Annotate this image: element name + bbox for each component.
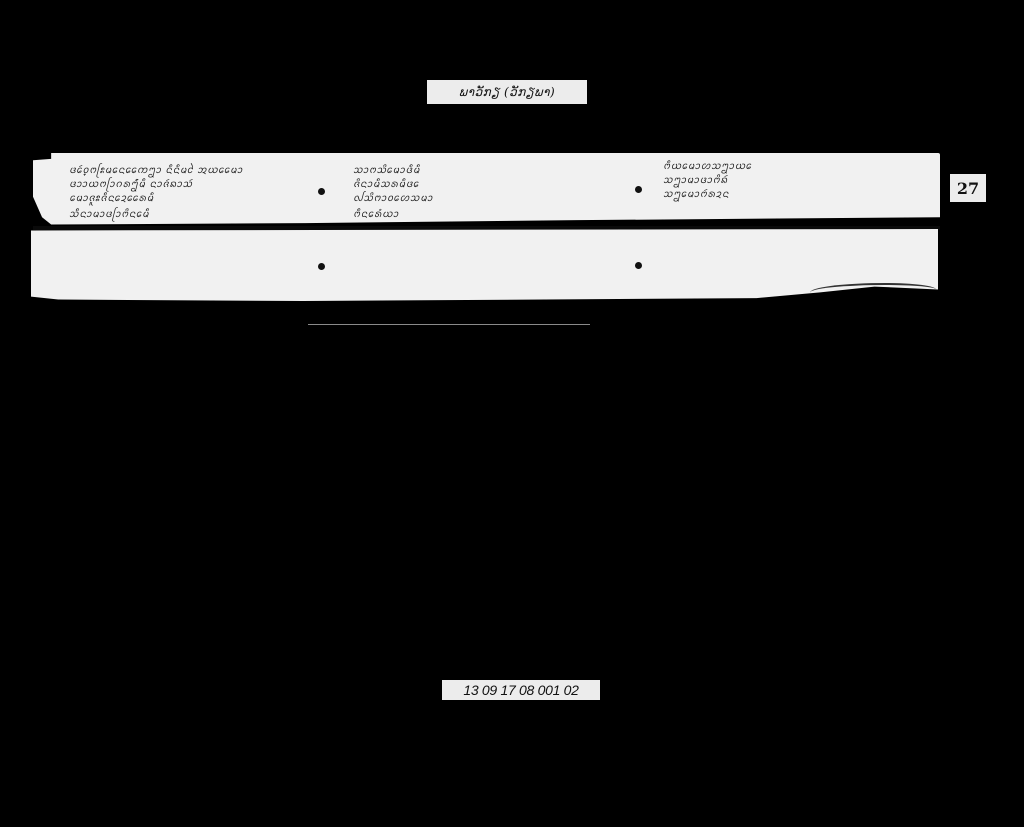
binding-hole-icon: [318, 188, 325, 195]
script-line-1-4: ᩈᩥᨶᩣᨾᩣᨴᩕᩣᨻᩦᨶᩮᨾᩥ: [69, 207, 149, 223]
script-line-3-3: ᩈᩂᩮᨾᩣᨻᩢᩁᨯᨶ: [663, 187, 729, 203]
manuscript-leaf-2: [31, 229, 938, 301]
binding-hole-icon: [318, 263, 325, 270]
title-label: ພາວັກຽ (ວັກຽພາ): [427, 80, 587, 104]
script-line-2-3: ᩓᩈᩦᨻᩣᩅᩮᩉᩈᨾᩣ: [353, 191, 433, 207]
archive-reference: 13 09 17 08 001 02: [442, 680, 600, 700]
manuscript-leaf-1: ᨴᩮᩢ᩠ᩅᨻᩕᩡᨾᩮᨶᩯᨠᩂᩣ ᨶᩥᨶᩥᨾᩱ ᩋᨿᩯᨾᩣ ᨴᩣᩣᨿᨻᩕᩣᨣᩁᩂᩢ…: [33, 153, 940, 226]
binding-hole-icon: [635, 186, 642, 193]
page-number: 27: [950, 174, 986, 202]
script-line-1-3: ᩮᨾᩣᨩᩪᩡᨩᩥᨶᩮᨯᩯᩁᨾᩥ: [69, 191, 154, 207]
leaf-edge-curl: [810, 283, 936, 299]
script-line-2-4: ᨻᩥᨶᩮᩁᩴᨿᩣ: [353, 207, 399, 223]
binding-hole-icon: [635, 262, 642, 269]
scan-artifact-line: [308, 324, 590, 325]
